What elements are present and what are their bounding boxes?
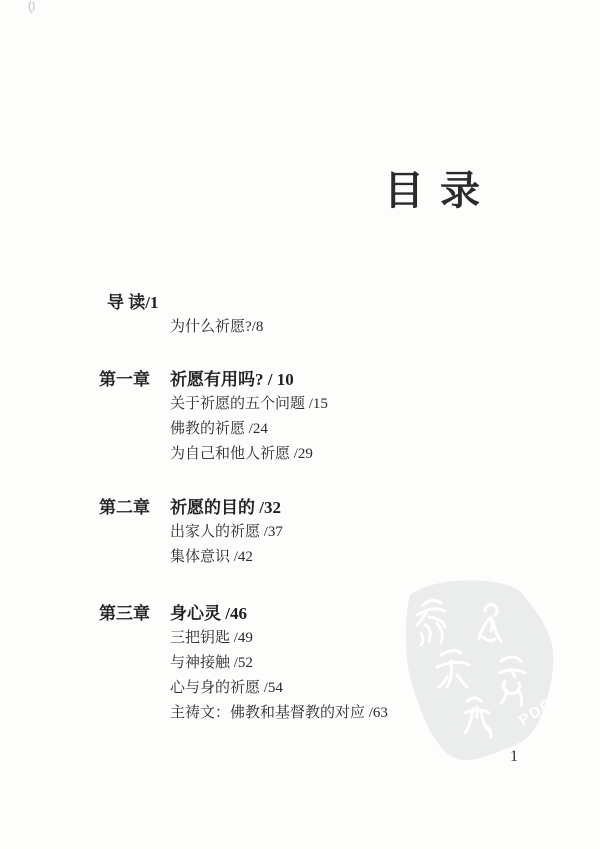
- chapter-number: 第一章: [99, 367, 170, 392]
- toc-item: 为自己和他人祈愿 /29: [170, 442, 459, 467]
- toc-item: 佛教的祈愿 /24: [170, 417, 459, 442]
- chapter-title: 祈愿有用吗? / 10: [170, 367, 294, 392]
- page-number: 1: [510, 748, 518, 766]
- toc-item: 集体意识 /42: [170, 545, 459, 570]
- toc-item: 为什么祈愿?/8: [170, 315, 459, 340]
- page-title: 目 录: [384, 159, 483, 216]
- toc-chapter-heading: 第二章 祈愿的目的 /32: [99, 495, 459, 520]
- scan-artifact-mark: [24, 0, 38, 16]
- toc-item: 出家人的祈愿 /37: [170, 520, 459, 545]
- chapter-number: 第二章: [99, 495, 170, 520]
- toc-chapter-heading: 第一章 祈愿有用吗? / 10: [99, 367, 459, 392]
- stamp-shape: [406, 580, 553, 760]
- toc-intro-heading: 导 读/1: [99, 290, 459, 315]
- chapter-title: 祈愿的目的 /32: [170, 495, 281, 520]
- pdg-watermark-stamp: PDG: [385, 573, 570, 773]
- toc-section-chapter-2: 第二章 祈愿的目的 /32 出家人的祈愿 /37 集体意识 /42: [99, 495, 459, 570]
- toc-section-chapter-1: 第一章 祈愿有用吗? / 10 关于祈愿的五个问题 /15 佛教的祈愿 /24 …: [99, 367, 459, 467]
- toc-section-intro: 导 读/1 为什么祈愿?/8: [99, 290, 459, 340]
- scanned-book-page: 目 录 导 读/1 为什么祈愿?/8 第一章 祈愿有用吗? / 10 关于祈愿的…: [0, 0, 600, 849]
- chapter-title: 身心灵 /46: [170, 601, 247, 626]
- toc-item: 关于祈愿的五个问题 /15: [170, 392, 459, 417]
- chapter-number: 第三章: [99, 601, 170, 626]
